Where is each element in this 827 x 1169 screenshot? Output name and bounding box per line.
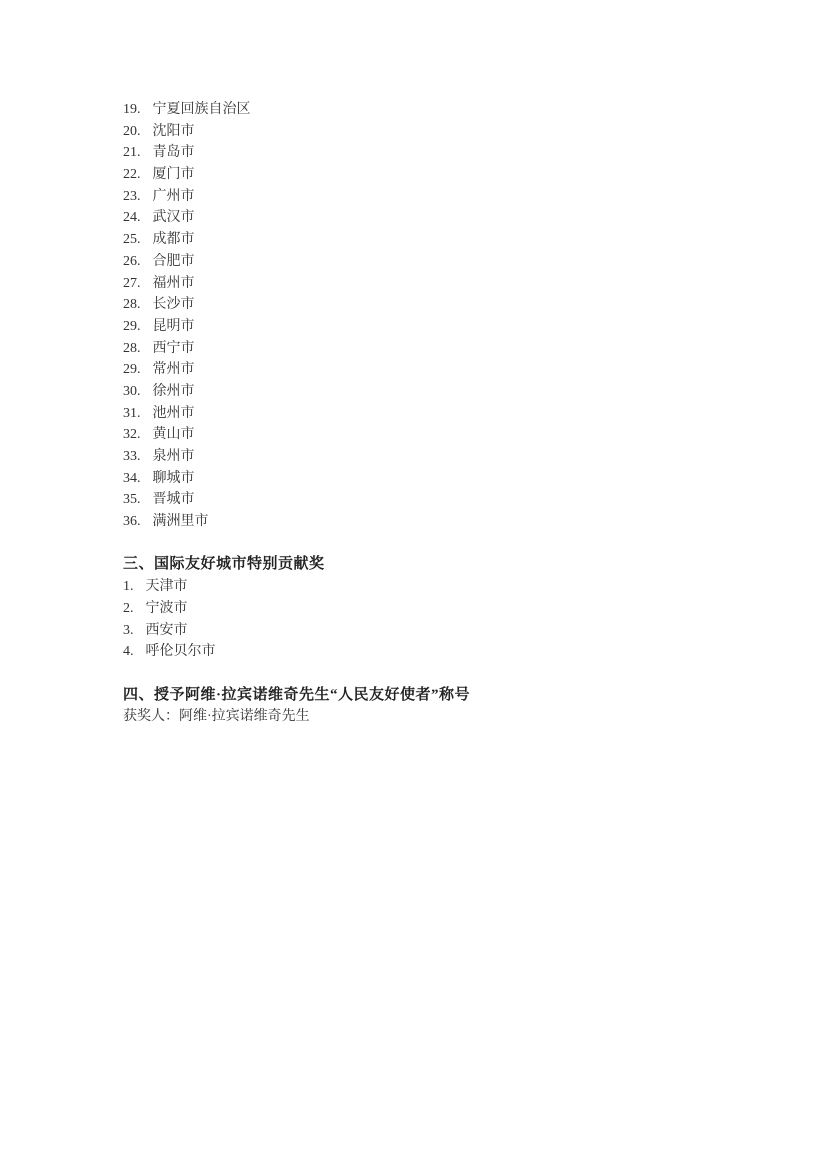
list-item-text: 泉州市 <box>153 449 195 464</box>
list-item: 28.长沙市 <box>123 294 767 316</box>
list-item: 2.宁波市 <box>123 598 767 620</box>
list-item-text: 晋城市 <box>153 492 195 507</box>
list-item: 25.成都市 <box>123 229 767 251</box>
list-item-number: 29. <box>123 316 141 338</box>
list-item: 19.宁夏回族自治区 <box>123 99 767 121</box>
list-item: 3.西安市 <box>123 620 767 642</box>
list-item-text: 西安市 <box>146 623 188 638</box>
list-item-text: 呼伦贝尔市 <box>146 644 216 659</box>
document-content: 19.宁夏回族自治区 20.沈阳市 21.青岛市 22.厦门市 23.广州市 2… <box>123 99 767 728</box>
list-item-text: 青岛市 <box>153 145 195 160</box>
list-item-text: 满洲里市 <box>153 514 209 529</box>
list-item-number: 34. <box>123 468 141 490</box>
list-item: 4.呼伦贝尔市 <box>123 641 767 663</box>
list-item-number: 29. <box>123 359 141 381</box>
list-item: 30.徐州市 <box>123 381 767 403</box>
list-item: 28.西宁市 <box>123 338 767 360</box>
list-item-number: 23. <box>123 186 141 208</box>
list-item-text: 徐州市 <box>153 384 195 399</box>
list-item-number: 36. <box>123 511 141 533</box>
list-item-text: 广州市 <box>153 189 195 204</box>
section-three-heading: 三、国际友好城市特别贡献奖 <box>123 554 767 576</box>
list-item-number: 35. <box>123 489 141 511</box>
list-item-text: 福州市 <box>153 276 195 291</box>
list-item-number: 30. <box>123 381 141 403</box>
list-item-text: 成都市 <box>153 232 195 247</box>
list-item-number: 25. <box>123 229 141 251</box>
list-item-number: 27. <box>123 273 141 295</box>
section-four-heading: 四、授予阿维·拉宾诺维奇先生“人民友好使者”称号 <box>123 685 767 707</box>
list-item-number: 26. <box>123 251 141 273</box>
list-item: 1.天津市 <box>123 576 767 598</box>
list-item-number: 32. <box>123 424 141 446</box>
list-item-text: 长沙市 <box>153 297 195 312</box>
list-item: 35.晋城市 <box>123 489 767 511</box>
list-item: 23.广州市 <box>123 186 767 208</box>
list-item-number: 33. <box>123 446 141 468</box>
list-item-text: 昆明市 <box>153 319 195 334</box>
list-item: 24.武汉市 <box>123 207 767 229</box>
list-item: 20.沈阳市 <box>123 121 767 143</box>
list-item: 29.常州市 <box>123 359 767 381</box>
document-page: 19.宁夏回族自治区 20.沈阳市 21.青岛市 22.厦门市 23.广州市 2… <box>0 0 827 1169</box>
list-item: 26.合肥市 <box>123 251 767 273</box>
list-item: 29.昆明市 <box>123 316 767 338</box>
list-item-number: 4. <box>123 641 134 663</box>
list-item-number: 2. <box>123 598 134 620</box>
list-item-text: 黄山市 <box>153 427 195 442</box>
list-item-text: 合肥市 <box>153 254 195 269</box>
list-item: 36.满洲里市 <box>123 511 767 533</box>
list-item-text: 宁波市 <box>146 601 188 616</box>
list-item-text: 聊城市 <box>153 471 195 486</box>
list-item: 34.聊城市 <box>123 468 767 490</box>
list-item-text: 池州市 <box>153 406 195 421</box>
list-item-number: 28. <box>123 294 141 316</box>
list-item-number: 21. <box>123 142 141 164</box>
list-item-number: 1. <box>123 576 134 598</box>
list-item-text: 宁夏回族自治区 <box>153 102 251 117</box>
list-item-number: 28. <box>123 338 141 360</box>
list-item-text: 沈阳市 <box>153 124 195 139</box>
recipient-line: 获奖人：阿维·拉宾诺维奇先生 <box>123 706 767 728</box>
list-item: 27.福州市 <box>123 273 767 295</box>
list-item: 33.泉州市 <box>123 446 767 468</box>
list-item: 21.青岛市 <box>123 142 767 164</box>
list-item-number: 24. <box>123 207 141 229</box>
list-item-number: 19. <box>123 99 141 121</box>
list-item-number: 20. <box>123 121 141 143</box>
list-item-text: 武汉市 <box>153 210 195 225</box>
blank-line <box>123 663 767 685</box>
list-item: 31.池州市 <box>123 403 767 425</box>
list-item-number: 3. <box>123 620 134 642</box>
list-item-text: 厦门市 <box>153 167 195 182</box>
list-item: 32.黄山市 <box>123 424 767 446</box>
list-item-text: 常州市 <box>153 362 195 377</box>
blank-line <box>123 533 767 555</box>
list-item: 22.厦门市 <box>123 164 767 186</box>
list-item-number: 31. <box>123 403 141 425</box>
list-item-number: 22. <box>123 164 141 186</box>
list-item-text: 天津市 <box>146 579 188 594</box>
list-item-text: 西宁市 <box>153 341 195 356</box>
